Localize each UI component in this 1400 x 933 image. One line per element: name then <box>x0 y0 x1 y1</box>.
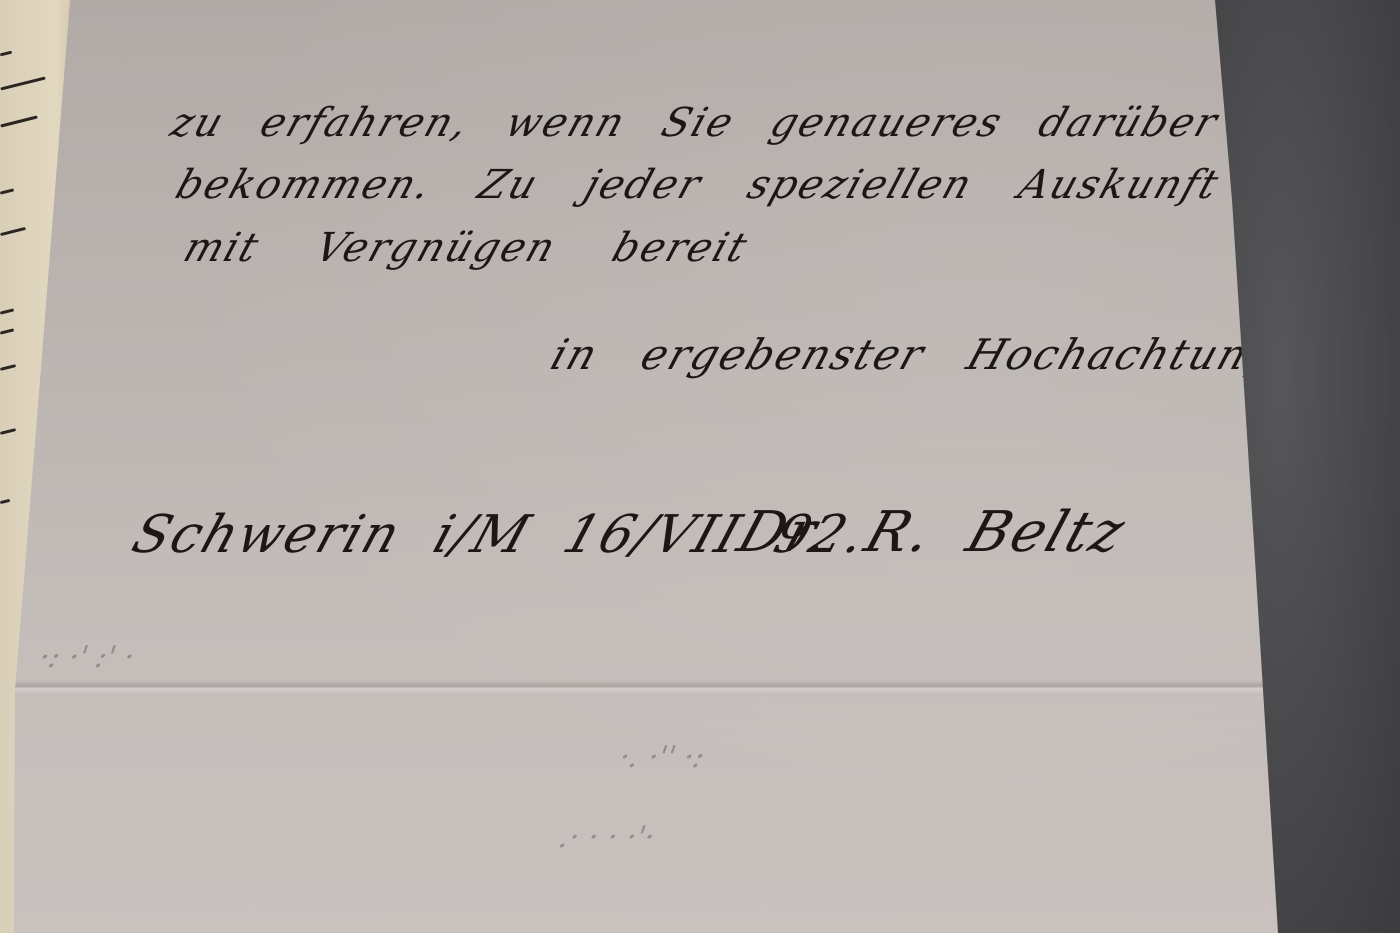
ink-mark <box>0 364 16 371</box>
closing-line: in ergebenster Hochachtung <box>545 330 1285 379</box>
ink-mark <box>0 308 14 314</box>
ink-mark <box>0 328 14 334</box>
paper-fold-crease <box>14 680 1264 694</box>
photo-scene: ·: ·' :' · ·. ·'' ·: .· · · ·'· zu erfah… <box>0 0 1400 933</box>
body-line-3: mit Vergnügen bereit <box>178 225 754 271</box>
body-line-1: zu erfahren, wenn Sie genaueres darüber … <box>165 100 1400 146</box>
bleed-through-text: ·. ·'' ·: <box>614 740 709 775</box>
bleed-through-text: ·: ·' :' · <box>34 640 139 675</box>
ink-mark <box>0 227 26 236</box>
bleed-through-text: .· · · ·'· <box>554 820 659 855</box>
letter-page: ·: ·' :' · ·. ·'' ·: .· · · ·'· zu erfah… <box>0 0 1400 933</box>
signature: Dr. R. Beltz <box>730 500 1134 565</box>
ink-mark <box>0 51 12 57</box>
ink-mark <box>0 499 10 504</box>
ink-mark <box>0 188 14 194</box>
body-line-2: bekommen. Zu jeder speziellen Auskunft <box>170 162 1226 208</box>
ink-mark <box>0 428 16 435</box>
ink-mark <box>0 76 45 90</box>
ink-mark <box>0 115 38 127</box>
